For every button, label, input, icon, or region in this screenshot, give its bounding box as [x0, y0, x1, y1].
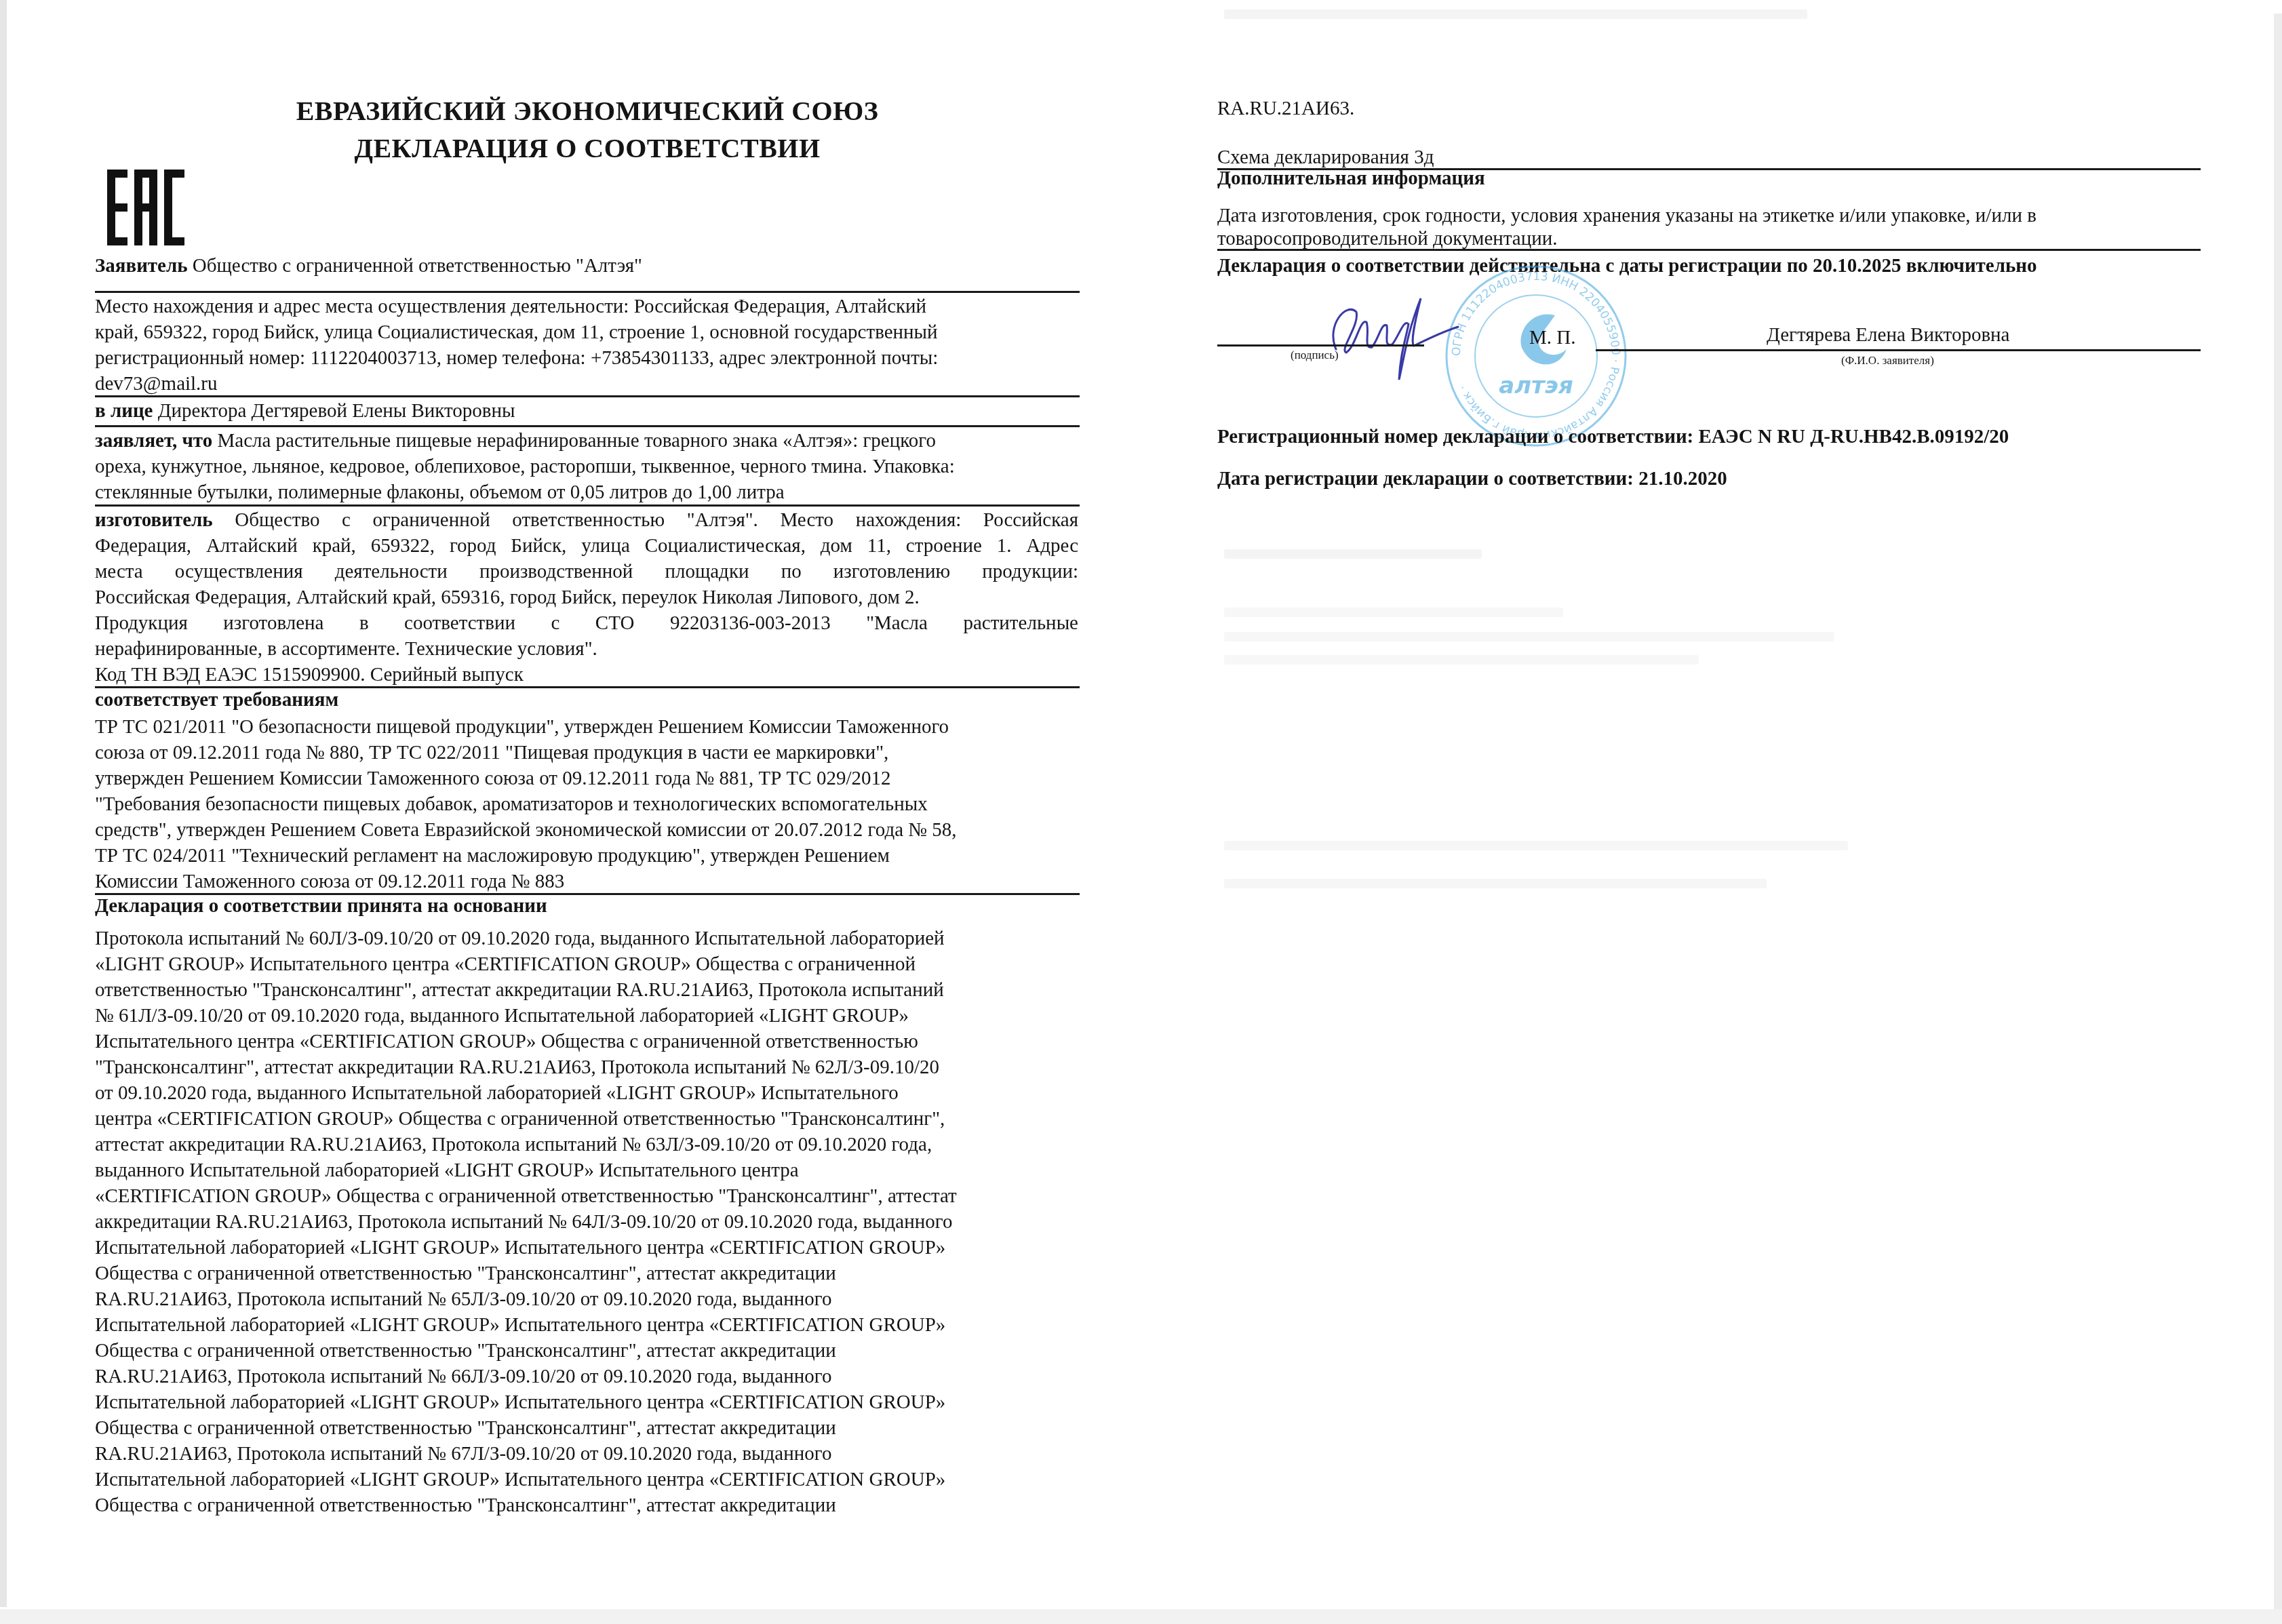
- basis-line: Протокола испытаний № 60Л/З-09.10/20 от …: [95, 926, 945, 952]
- represented-by-label: в лице: [95, 400, 153, 422]
- applicant-value: Общество с ограниченной ответственностью…: [193, 255, 642, 277]
- address-line: край, 659322, город Бийск, улица Социали…: [95, 320, 938, 346]
- applicant-label: Заявитель: [95, 255, 188, 277]
- basis-line: Общества с ограниченной ответственностью…: [95, 1261, 836, 1287]
- signature-line: [1217, 344, 1424, 346]
- additional-info-label-text: Дополнительная информация: [1217, 167, 1485, 189]
- name-line: [1596, 349, 2201, 351]
- represented-by-value: Директора Дегтяревой Елены Викторовны: [158, 400, 515, 422]
- basis-line: Испытательной лабораторией «LIGHT GROUP»…: [95, 1235, 945, 1261]
- basis-line: центра «CERTIFICATION GROUP» Общества с …: [95, 1107, 945, 1132]
- divider: [95, 504, 1080, 507]
- manufacturer-address: Федерация, Алтайский край, 659322, город…: [95, 534, 1078, 559]
- basis-line: аттестат аккредитации RA.RU.21АИ63, Прот…: [95, 1132, 932, 1158]
- basis-line: «LIGHT GROUP» Испытательного центра «CER…: [95, 952, 916, 978]
- manufacturer-address: Российская Федерация, Алтайский край, 65…: [95, 585, 920, 611]
- product-description: ореха, кунжутное, льняное, кедровое, обл…: [95, 454, 955, 480]
- basis-line: аккредитации RA.RU.21АИ63, Протокола исп…: [95, 1210, 952, 1235]
- basis-line: № 61Л/З-09.10/20 от 09.10.2020 года, выд…: [95, 1004, 909, 1029]
- manufacturer-address: места осуществления деятельности произво…: [95, 559, 1078, 585]
- union-title: ЕВРАЗИЙСКИЙ ЭКОНОМИЧЕСКИЙ СОЮЗ: [95, 95, 1080, 127]
- basis-line: Испытательной лабораторией «LIGHT GROUP»…: [95, 1467, 945, 1493]
- basis-line: "Трансконсалтинг", аттестат аккредитации…: [95, 1055, 939, 1081]
- accreditation-continuation: RA.RU.21АИ63.: [1217, 96, 1354, 122]
- basis-line: RA.RU.21АИ63, Протокола испытаний № 67Л/…: [95, 1442, 831, 1467]
- manufacturer-line: изготовитель Общество с ограниченной отв…: [95, 508, 1078, 534]
- basis-label-text: Декларация о соответствии принята на осн…: [95, 895, 547, 917]
- basis-line: Испытательной лабораторией «LIGHT GROUP»…: [95, 1390, 945, 1416]
- basis-line: Испытательной лабораторией «LIGHT GROUP»…: [95, 1313, 945, 1339]
- additional-info-line: товаросопроводительной документации.: [1217, 226, 1558, 252]
- bleed-through-mark: [1224, 632, 1834, 641]
- product-description: Масла растительные пищевые нерафинирован…: [218, 430, 937, 452]
- basis-line: «CERTIFICATION GROUP» Общества с огранич…: [95, 1184, 957, 1210]
- declaration-title: ДЕКЛАРАЦИЯ О СООТВЕТСТВИИ: [95, 132, 1080, 164]
- basis-label: Декларация о соответствии принята на осн…: [95, 894, 547, 919]
- signer-name: Дегтярева Елена Викторовна: [1767, 323, 2009, 349]
- basis-line: от 09.10.2020 года, выданного Испытатель…: [95, 1081, 899, 1107]
- registration-date: Дата регистрации декларации о соответств…: [1217, 467, 1727, 492]
- packaging-description: стеклянные бутылки, полимерные флаконы, …: [95, 480, 785, 506]
- requirement-line: утвержден Решением Комиссии Таможенного …: [95, 766, 890, 792]
- standard-reference: нерафинированные, в ассортименте. Технич…: [95, 637, 597, 662]
- declares-line: заявляет, что Масла растительные пищевые…: [95, 429, 936, 454]
- requirements-label-text: соответствует требованиям: [95, 689, 338, 711]
- requirement-line: средств", утвержден Решением Совета Евра…: [95, 818, 956, 844]
- basis-line: ответственностью "Трансконсалтинг", атте…: [95, 978, 944, 1004]
- email-address: dev73@mail.ru: [95, 372, 218, 397]
- bleed-through-mark: [1224, 841, 1848, 850]
- basis-line: Общества с ограниченной ответственностью…: [95, 1416, 836, 1442]
- bleed-through-mark: [1224, 549, 1482, 559]
- divider: [95, 425, 1080, 427]
- bleed-through-mark: [1224, 655, 1699, 665]
- seal-place-label: М. П.: [1529, 325, 1575, 351]
- standard-reference: Продукция изготовлена в соответствии с С…: [95, 611, 1078, 637]
- basis-line: RA.RU.21АИ63, Протокола испытаний № 65Л/…: [95, 1287, 831, 1313]
- requirements-label: соответствует требованиям: [95, 688, 338, 713]
- declares-label: заявляет, что: [95, 430, 212, 452]
- basis-line: RA.RU.21АИ63, Протокола испытаний № 66Л/…: [95, 1364, 831, 1390]
- scan-edge-right: [2274, 14, 2282, 1624]
- basis-line: выданного Испытательной лабораторией «LI…: [95, 1158, 799, 1184]
- basis-line: Общества с ограниченной ответственностью…: [95, 1493, 836, 1519]
- manufacturer-value: Общество с ограниченной ответственностью…: [235, 509, 1078, 531]
- additional-info-line: Дата изготовления, срок годности, услови…: [1217, 203, 2037, 229]
- requirement-line: союза от 09.12.2011 года № 880, ТР ТС 02…: [95, 740, 888, 766]
- additional-info-label: Дополнительная информация: [1217, 166, 1485, 192]
- bleed-through-mark: [1224, 9, 1807, 19]
- registration-number: Регистрационный номер декларации о соотв…: [1217, 424, 2009, 450]
- hs-code: Код ТН ВЭД ЕАЭС 1515909900. Серийный вып…: [95, 662, 524, 688]
- signature-caption: (подпись): [1291, 349, 1339, 362]
- bleed-through-mark: [1224, 879, 1767, 888]
- scan-edge-bottom: [0, 1609, 2282, 1624]
- requirement-line: ТР ТС 021/2011 "О безопасности пищевой п…: [95, 715, 949, 740]
- eac-logo-icon: [107, 170, 184, 245]
- address-line: Место нахождения и адрес места осуществл…: [95, 294, 926, 320]
- divider: [95, 291, 1080, 293]
- address-line: регистрационный номер: 1112204003713, но…: [95, 346, 938, 372]
- handwritten-signature: [1319, 285, 1475, 393]
- represented-by-line: в лице Директора Дегтяревой Елены Виктор…: [95, 399, 515, 424]
- manufacturer-label: изготовитель: [95, 509, 213, 531]
- requirement-line: ТР ТС 024/2011 "Технический регламент на…: [95, 844, 890, 869]
- stamp-brand: алтэя: [1499, 372, 1573, 399]
- basis-line: Общества с ограниченной ответственностью…: [95, 1339, 836, 1364]
- applicant-line: Заявитель Общество с ограниченной ответс…: [95, 254, 642, 279]
- basis-line: Испытательного центра «CERTIFICATION GRO…: [95, 1029, 918, 1055]
- requirement-line: "Требования безопасности пищевых добавок…: [95, 792, 928, 818]
- requirement-line: Комиссии Таможенного союза от 09.12.2011…: [95, 869, 564, 895]
- scan-edge-left: [0, 0, 7, 1607]
- bleed-through-mark: [1224, 608, 1563, 617]
- divider: [1217, 249, 2201, 251]
- divider: [95, 395, 1080, 397]
- registration-number-text: Регистрационный номер декларации о соотв…: [1217, 426, 2009, 448]
- registration-date-text: Дата регистрации декларации о соответств…: [1217, 468, 1727, 490]
- name-caption: (Ф.И.О. заявителя): [1841, 354, 1934, 368]
